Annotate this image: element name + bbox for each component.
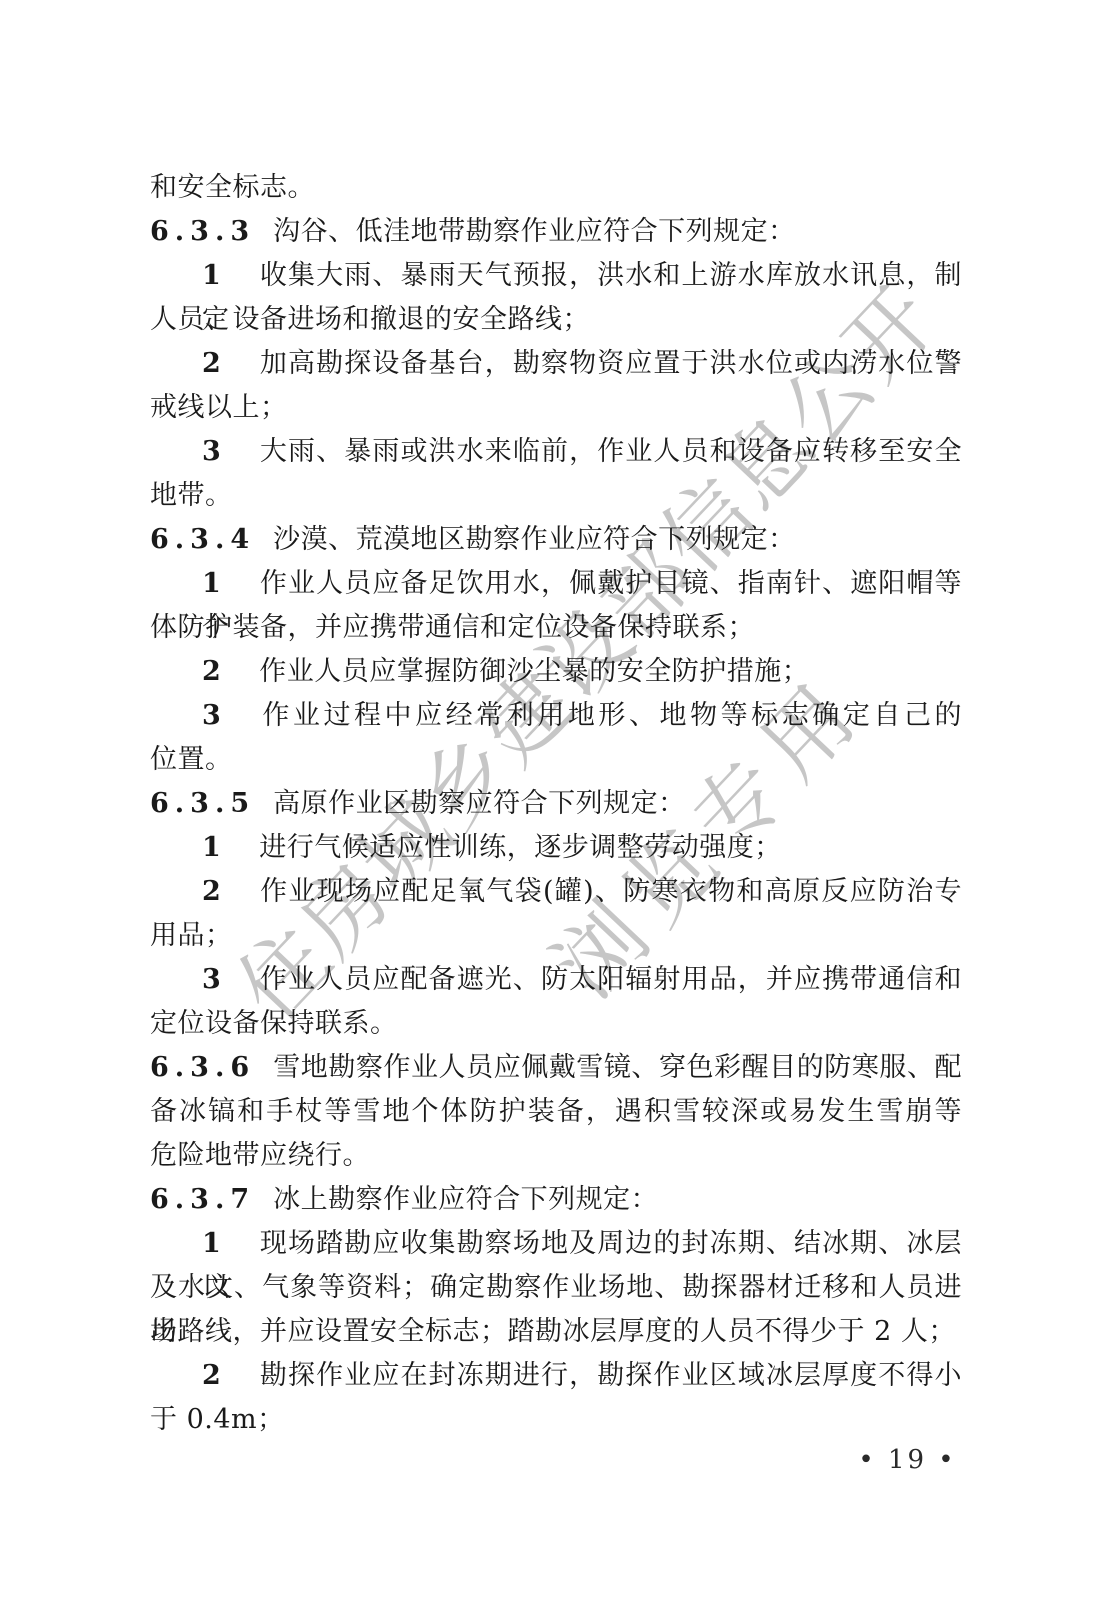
line-text: 用品； [150,920,233,951]
line-text: 场路线，并应设置安全标志；踏勘冰层厚度的人员不得少于 2 人； [150,1316,956,1347]
document-page: 住房城乡建设部信息公开 浏览专用 和安全标志。 6.3.3沟谷、低洼地带勘察作业… [0,0,1102,1598]
line-text: 沙漠、荒漠地区勘察作业应符合下列规定： [273,524,796,555]
text-line: 3大雨、暴雨或洪水来临前，作业人员和设备应转移至安全 [150,430,962,474]
text-line: 人员、设备进场和撤退的安全路线； [150,298,962,342]
text-line: 地带。 [150,474,962,518]
text-line: 1进行气候适应性训练，逐步调整劳动强度； [150,826,962,870]
line-text: 体防护装备，并应携带通信和定位设备保持联系； [150,612,755,643]
clause-number: 2 [202,876,221,907]
clause-number: 6.3.3 [150,216,255,247]
clause-number: 2 [202,348,221,379]
text-line: 位置。 [150,738,962,782]
line-text: 危险地带应绕行。 [150,1140,370,1171]
text-line: 1现场踏勘应收集勘察场地及周边的封冻期、结冰期、冰层以 [150,1222,962,1266]
text-line: 6.3.3沟谷、低洼地带勘察作业应符合下列规定： [150,210,962,254]
clause-number: 6.3.5 [150,788,255,819]
line-text: 作业人员应掌握防御沙尘暴的安全防护措施； [259,656,809,687]
clause-number: 6.3.6 [150,1052,255,1083]
line-text: 戒线以上； [150,392,288,423]
text-line: 及水文、气象等资料；确定勘察作业场地、勘探器材迁移和人员进出 [150,1266,962,1310]
line-text: 地带。 [150,480,233,511]
text-line: 体防护装备，并应携带通信和定位设备保持联系； [150,606,962,650]
line-text: 冰上勘察作业应符合下列规定： [273,1184,658,1215]
line-text: 加高勘探设备基台，勘察物资应置于洪水位或内涝水位警 [259,348,962,379]
text-line: 和安全标志。 [150,166,962,210]
text-line: 6.3.4沙漠、荒漠地区勘察作业应符合下列规定： [150,518,962,562]
text-line: 3作业人员应配备遮光、防太阳辐射用品，并应携带通信和 [150,958,962,1002]
line-text: 作业现场应配足氧气袋(罐)、防寒衣物和高原反应防治专 [259,876,962,907]
text-line: 定位设备保持联系。 [150,1002,962,1046]
text-line: 2勘探作业应在封冻期进行，勘探作业区域冰层厚度不得小 [150,1354,962,1398]
line-text: 备冰镐和手杖等雪地个体防护装备，遇积雪较深或易发生雪崩等 [150,1096,962,1127]
text-line: 危险地带应绕行。 [150,1134,962,1178]
clause-number: 1 [202,568,221,599]
line-text: 高原作业区勘察应符合下列规定： [273,788,686,819]
line-text: 于 0.4m； [150,1404,285,1435]
line-text: 勘探作业应在封冻期进行，勘探作业区域冰层厚度不得小 [259,1360,962,1391]
clause-number: 2 [202,656,221,687]
text-line: 2作业人员应掌握防御沙尘暴的安全防护措施； [150,650,962,694]
body-text: 和安全标志。 6.3.3沟谷、低洼地带勘察作业应符合下列规定： 1收集大雨、暴雨… [150,166,962,1442]
clause-number: 2 [202,1360,221,1391]
text-line: 备冰镐和手杖等雪地个体防护装备，遇积雪较深或易发生雪崩等 [150,1090,962,1134]
page-number: • 19 • [845,1440,970,1480]
clause-number: 3 [202,436,221,467]
line-text: 雪地勘察作业人员应佩戴雪镜、穿色彩醒目的防寒服、配 [273,1052,962,1083]
line-text: 进行气候适应性训练，逐步调整劳动强度； [259,832,782,863]
text-line: 用品； [150,914,962,958]
text-line: 于 0.4m； [150,1398,962,1442]
text-line: 2加高勘探设备基台，勘察物资应置于洪水位或内涝水位警 [150,342,962,386]
text-line: 场路线，并应设置安全标志；踏勘冰层厚度的人员不得少于 2 人； [150,1310,962,1354]
clause-number: 6.3.7 [150,1184,255,1215]
text-line: 1收集大雨、暴雨天气预报，洪水和上游水库放水讯息，制定 [150,254,962,298]
clause-number: 3 [202,700,221,731]
line-text: 定位设备保持联系。 [150,1008,398,1039]
clause-number: 1 [202,832,221,863]
text-line: 6.3.5高原作业区勘察应符合下列规定： [150,782,962,826]
text-line: 6.3.7冰上勘察作业应符合下列规定： [150,1178,962,1222]
clause-number: 1 [202,1228,221,1259]
clause-number: 6.3.4 [150,524,255,555]
line-text: 作业人员应配备遮光、防太阳辐射用品，并应携带通信和 [259,964,962,995]
text-line: 1作业人员应备足饮用水，佩戴护目镜、指南针、遮阳帽等个 [150,562,962,606]
clause-number: 1 [202,260,221,291]
text-line: 3作业过程中应经常利用地形、地物等标志确定自己的 [150,694,962,738]
text-line: 戒线以上； [150,386,962,430]
line-text: 和安全标志。 [150,172,315,203]
line-text: 大雨、暴雨或洪水来临前，作业人员和设备应转移至安全 [259,436,962,467]
line-text: 作业过程中应经常利用地形、地物等标志确定自己的 [259,700,962,731]
line-text: 沟谷、低洼地带勘察作业应符合下列规定： [273,216,796,247]
line-text: 人员、设备进场和撤退的安全路线； [150,304,590,335]
clause-number: 3 [202,964,221,995]
line-text: 位置。 [150,744,233,775]
text-line: 2作业现场应配足氧气袋(罐)、防寒衣物和高原反应防治专 [150,870,962,914]
text-line: 6.3.6雪地勘察作业人员应佩戴雪镜、穿色彩醒目的防寒服、配 [150,1046,962,1090]
